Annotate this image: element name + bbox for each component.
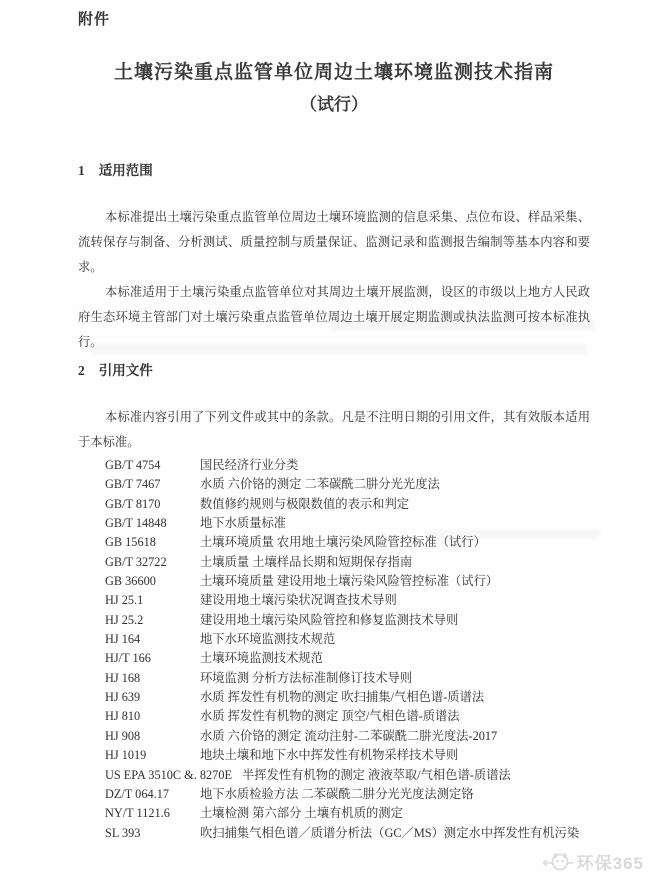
reference-title: 水质 六价铬的测定 二苯碳酰二肼分光光度法	[200, 475, 440, 494]
reference-row: HJ/T 166 土壤环境监测技术规范	[105, 649, 590, 668]
section-2-title: 引用文件	[99, 363, 153, 378]
scanned-document-page: 附件 土壤污染重点监管单位周边土壤环境监测技术指南 （试行） 1适用范围 本标准…	[0, 0, 662, 887]
reference-title: 吹扫捕集气相色谱／质谱分析法（GC／MS）测定水中挥发性有机污染	[200, 824, 579, 843]
section-1-title: 适用范围	[99, 163, 153, 178]
reference-title: 土壤环境质量 建设用地土壤污染风险管控标准（试行）	[200, 572, 498, 591]
reference-row: US EPA 3510C &. 8270E 半挥发性有机物的测定 液液萃取/气相…	[105, 766, 590, 785]
reference-code: SL 393	[105, 824, 200, 843]
reference-title: 水质 六价铬的测定 流动注射-二苯碳酰二肼光度法-2017	[200, 727, 497, 746]
reference-code: GB 15618	[105, 533, 200, 552]
reference-row: SL 393 吹扫捕集气相色谱／质谱分析法（GC／MS）测定水中挥发性有机污染	[105, 824, 590, 843]
section-2-heading: 2引用文件	[78, 362, 590, 380]
reference-row: GB/T 32722 土壤质量 土壤样品长期和短期保存指南	[105, 553, 590, 572]
reference-row: HJ 25.1 建设用地土壤污染状况调查技术导则	[105, 591, 590, 610]
reference-code: HJ 810	[105, 707, 200, 726]
reference-row: HJ 168 环境监测 分析方法标准制修订技术导则	[105, 669, 590, 688]
reference-title: 水质 挥发性有机物的测定 顶空/气相色谱-质谱法	[200, 707, 460, 726]
attachment-label: 附件	[78, 10, 590, 30]
document-subtitle: （试行）	[78, 93, 590, 117]
reference-code: GB/T 4754	[105, 456, 200, 475]
reference-code: GB/T 8170	[105, 495, 200, 514]
reference-row: HJ 25.2 建设用地土壤污染风险管控和修复监测技术导则	[105, 611, 590, 630]
section-2-number: 2	[78, 362, 85, 380]
reference-title: 土壤环境监测技术规范	[200, 649, 323, 668]
reference-title: 环境监测 分析方法标准制修订技术导则	[200, 669, 412, 688]
panda-logo-icon	[543, 851, 573, 873]
document-title: 土壤污染重点监管单位周边土壤环境监测技术指南	[78, 60, 590, 86]
reference-row: NY/T 1121.6 土壤检测 第六部分 土壤有机质的测定	[105, 804, 590, 823]
reference-title: 半挥发性有机物的测定 液液萃取/气相色谱-质谱法	[242, 766, 511, 785]
watermark-text: 环保365	[577, 849, 644, 874]
reference-code: HJ/T 166	[105, 649, 200, 668]
reference-row: HJ 164 地下水环境监测技术规范	[105, 630, 590, 649]
reference-title: 地块土壤和地下水中挥发性有机物采样技术导则	[200, 746, 458, 765]
reference-title: 土壤环境质量 农用地土壤污染风险管控标准（试行）	[200, 533, 486, 552]
huanbao365-watermark: 环保365	[543, 849, 644, 874]
references-list: GB/T 4754 国民经济行业分类 GB/T 7467 水质 六价铬的测定 二…	[78, 456, 590, 843]
reference-title: 数值修约规则与极限数值的表示和判定	[200, 495, 409, 514]
reference-title: 地下水环境监测技术规范	[200, 630, 335, 649]
reference-code: HJ 25.1	[105, 591, 200, 610]
reference-row: GB/T 8170 数值修约规则与极限数值的表示和判定	[105, 495, 590, 514]
reference-title: 土壤检测 第六部分 土壤有机质的测定	[200, 804, 403, 823]
reference-row: GB 15618 土壤环境质量 农用地土壤污染风险管控标准（试行）	[105, 533, 590, 552]
reference-row: GB/T 4754 国民经济行业分类	[105, 456, 590, 475]
reference-row: HJ 908 水质 六价铬的测定 流动注射-二苯碳酰二肼光度法-2017	[105, 727, 590, 746]
reference-row: GB/T 7467 水质 六价铬的测定 二苯碳酰二肼分光光度法	[105, 475, 590, 494]
reference-code: GB 36600	[105, 572, 200, 591]
reference-row: GB/T 14848 地下水质量标准	[105, 514, 590, 533]
reference-row: HJ 1019 地块土壤和地下水中挥发性有机物采样技术导则	[105, 746, 590, 765]
reference-code: HJ 164	[105, 630, 200, 649]
section-1-number: 1	[78, 162, 85, 180]
reference-row: HJ 639 水质 挥发性有机物的测定 吹扫捕集/气相色谱-质谱法	[105, 688, 590, 707]
reference-row: HJ 810 水质 挥发性有机物的测定 顶空/气相色谱-质谱法	[105, 707, 590, 726]
document-content: 附件 土壤污染重点监管单位周边土壤环境监测技术指南 （试行） 1适用范围 本标准…	[0, 0, 662, 843]
reference-code: US EPA 3510C &. 8270E	[105, 766, 242, 785]
reference-title: 建设用地土壤污染状况调查技术导则	[200, 591, 397, 610]
reference-code: HJ 25.2	[105, 611, 200, 630]
section-1-body: 本标准提出土壤污染重点监管单位周边土壤环境监测的信息采集、点位布设、样品采集、流…	[78, 205, 590, 355]
reference-title: 地下水质检验方法 二苯碳酰二肼分光光度法测定铬	[200, 785, 474, 804]
reference-row: GB 36600 土壤环境质量 建设用地土壤污染风险管控标准（试行）	[105, 572, 590, 591]
reference-title: 水质 挥发性有机物的测定 吹扫捕集/气相色谱-质谱法	[200, 688, 484, 707]
reference-title: 地下水质量标准	[200, 514, 286, 533]
reference-title: 国民经济行业分类	[200, 456, 298, 475]
reference-code: DZ/T 064.17	[105, 785, 200, 804]
reference-row: DZ/T 064.17 地下水质检验方法 二苯碳酰二肼分光光度法测定铬	[105, 785, 590, 804]
paragraph: 本标准提出土壤污染重点监管单位周边土壤环境监测的信息采集、点位布设、样品采集、流…	[78, 205, 590, 280]
reference-code: GB/T 7467	[105, 475, 200, 494]
reference-code: NY/T 1121.6	[105, 804, 200, 823]
reference-code: GB/T 32722	[105, 553, 200, 572]
reference-code: HJ 908	[105, 727, 200, 746]
reference-code: HJ 639	[105, 688, 200, 707]
section-1-heading: 1适用范围	[78, 162, 590, 180]
paragraph: 本标准适用于土壤污染重点监管单位对其周边土壤开展监测，设区的市级以上地方人民政府…	[78, 280, 590, 355]
section-2-body: 本标准内容引用了下列文件或其中的条款。凡是不注明日期的引用文件，其有效版本适用于…	[78, 405, 590, 455]
reference-title: 建设用地土壤污染风险管控和修复监测技术导则	[200, 611, 458, 630]
reference-code: HJ 1019	[105, 746, 200, 765]
reference-code: GB/T 14848	[105, 514, 200, 533]
reference-code: HJ 168	[105, 669, 200, 688]
paragraph: 本标准内容引用了下列文件或其中的条款。凡是不注明日期的引用文件，其有效版本适用于…	[78, 405, 590, 455]
reference-title: 土壤质量 土壤样品长期和短期保存指南	[200, 553, 412, 572]
